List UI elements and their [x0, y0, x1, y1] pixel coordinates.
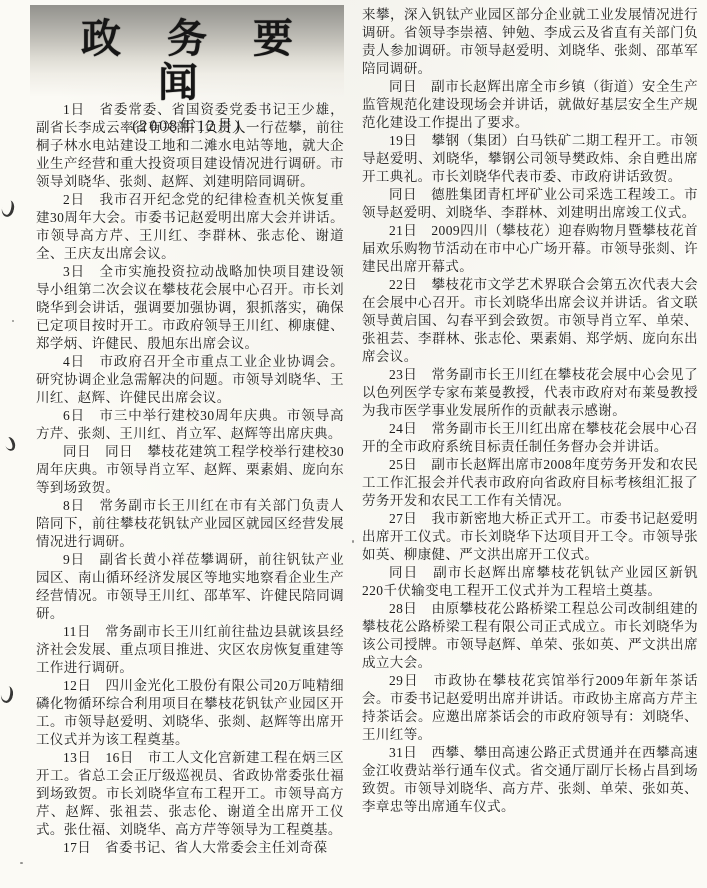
- masthead: 政 务 要 闻 (2008年12月): [30, 5, 344, 97]
- scanned-bulletin-page: 政 务 要 闻 (2008年12月) 1日 省委常委、省国资委党委书记王少雄，副…: [0, 0, 707, 888]
- news-paragraph: 2日 我市召开纪念党的纪律检查机关恢复重建30周年大会。市委书记赵爱明出席大会并…: [36, 191, 344, 263]
- news-paragraph: 同日 副市长赵辉出席攀枝花钒钛产业园区新钒220千伏输变电工程开工仪式并为工程培…: [362, 564, 698, 600]
- news-paragraph: 11日 常务副市长王川红前往盐边县就该县经济社会发展、重点项目推进、灾区农房恢复…: [36, 623, 344, 677]
- right-column: 来攀，深入钒钛产业园区部分企业就工业发展情况进行调研。省领导李崇禧、钟勉、李成云…: [362, 6, 698, 888]
- news-paragraph: 3日 全市实施投资拉动战略加快项目建设领导小组第二次会议在攀枝花会展中心召开。市…: [36, 263, 344, 353]
- scan-speck-artifact: [20, 862, 23, 864]
- ink-blot-artifact: [0, 199, 16, 218]
- ink-blot-artifact: [0, 685, 14, 704]
- page-title: 政 务 要 闻: [30, 5, 344, 105]
- news-paragraph: 12日 四川金光化工股份有限公司20万吨精细磷化物循环综合利用项目在攀枝花钒钛产…: [36, 677, 344, 749]
- news-paragraph: 9日 副省长黄小祥莅攀调研，前往钒钛产业园区、南山循环经济发展区等地实地察看企业…: [36, 551, 344, 623]
- news-paragraph: 25日 副市长赵辉出席市2008年度劳务开发和农民工工作汇报会并代表市政府向省政…: [362, 456, 698, 510]
- news-paragraph: 27日 我市新密地大桥正式开工。市委书记赵爱明出席开工仪式。市长刘晓华下达项目开…: [362, 510, 698, 564]
- scan-speck-artifact: [12, 320, 14, 322]
- news-paragraph: 同日 副市长赵辉出席全市乡镇（街道）安全生产监管规范化建设现场会并讲话，就做好基…: [362, 78, 698, 132]
- news-paragraph: 13日 16日 市工人文化宫新建工程在炳三区开工。省总工会正厅级巡视员、省政协常…: [36, 749, 344, 839]
- news-paragraph: 同日 德胜集团青杠坪矿业公司采选工程竣工。市领导赵爱明、刘晓华、李群林、刘建明出…: [362, 186, 698, 222]
- news-paragraph: 1日 省委常委、省国资委党委书记王少雄，副省长李成云率省有关部门负责人一行莅攀，…: [36, 101, 344, 191]
- ink-blot-artifact: [3, 436, 17, 452]
- news-paragraph: 28日 由原攀枝花公路桥梁工程总公司改制组建的攀枝花公路桥梁工程有限公司正式成立…: [362, 600, 698, 672]
- left-column: 1日 省委常委、省国资委党委书记王少雄，副省长李成云率省有关部门负责人一行莅攀，…: [36, 101, 344, 888]
- news-paragraph: 22日 攀枝花市文学艺术界联合会第五次代表大会在会展中心召开。市长刘晓华出席会议…: [362, 276, 698, 366]
- news-paragraph: 24日 常务副市长王川红出席在攀枝花会展中心召开的全市政府系统目标责任制任务督办…: [362, 420, 698, 456]
- news-paragraph: 19日 攀钢（集团）白马铁矿二期工程开工。市领导赵爱明、刘晓华，攀钢公司领导樊政…: [362, 132, 698, 186]
- news-paragraph: 来攀，深入钒钛产业园区部分企业就工业发展情况进行调研。省领导李崇禧、钟勉、李成云…: [362, 6, 698, 78]
- news-paragraph: 4日 市政府召开全市重点工业企业协调会。研究协调企业急需解决的问题。市领导刘晓华…: [36, 353, 344, 407]
- news-paragraph: 31日 西攀、攀田高速公路正式贯通并在西攀高速金江收费站举行通车仪式。省交通厅副…: [362, 744, 698, 816]
- scan-speck-artifact: [352, 540, 354, 543]
- news-paragraph: 8日 常务副市长王川红在市有关部门负责人陪同下，前往攀枝花钒钛产业园区就园区经营…: [36, 497, 344, 551]
- news-paragraph: 6日 市三中举行建校30周年庆典。市领导高方芹、张剡、王川红、肖立军、赵辉等出席…: [36, 407, 344, 443]
- news-paragraph: 21日 2009四川（攀枝花）迎春购物月暨攀枝花首届欢乐购物节活动在市中心广场开…: [362, 222, 698, 276]
- news-paragraph: 同日 同日 攀枝花建筑工程学校举行建校30周年庆典。市领导肖立军、赵辉、栗素娟、…: [36, 443, 344, 497]
- news-paragraph: 23日 常务副市长王川红在攀枝花会展中心会见了以色列医学专家布莱曼教授，代表市政…: [362, 366, 698, 420]
- news-paragraph: 29日 市政协在攀枝花宾馆举行2009年新年茶话会。市委书记赵爱明出席并讲话。市…: [362, 672, 698, 744]
- news-paragraph: 17日 省委书记、省人大常委会主任刘奇葆: [36, 839, 344, 857]
